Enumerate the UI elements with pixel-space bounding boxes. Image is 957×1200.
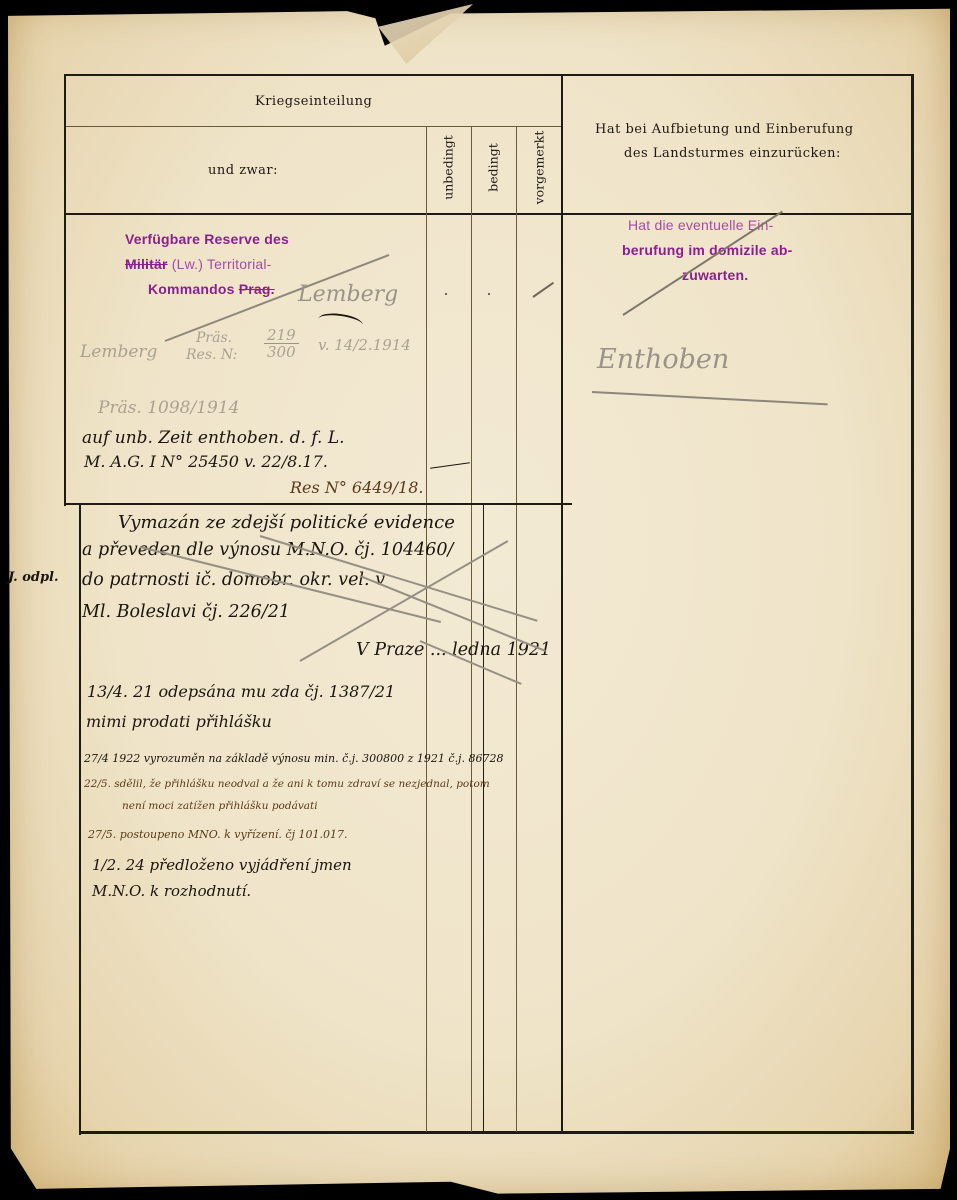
pencil-lemberg: Lemberg [298,282,398,307]
pencil-praes: Präs. [186,330,237,347]
stamp-line-1: Verfügbare Reserve des [125,227,289,252]
column-header-bedingt: bedingt [486,118,501,218]
entry-2: mimi prodati přihlášku [86,712,272,731]
dot-bedingt [488,293,490,295]
entry-5: není moci zatížen přihlášku podávati [122,800,318,812]
czech-signature-line: V Praze ... ledna 1921 [356,640,551,660]
table-left-border [64,74,66,506]
header-right-line2: des Landsturmes einzurücken: [624,146,841,161]
column-divider-bedingt [471,127,472,1132]
table-left-border-lower [79,503,81,1135]
entry-8: M.N.O. k rozhodnutí. [92,882,251,900]
table-bottom-border [80,1131,914,1134]
table-right-border [911,74,914,1130]
ink-note-line1: auf unb. Zeit enthoben. d. f. L. [82,428,345,448]
stamp-right-line1: Hat die eventuelle Ein- [626,213,792,238]
stamp-struck-prag: Prag. [239,281,275,297]
fraction-numerator: 219 [264,327,299,344]
paper-sheet [8,4,950,1196]
ink-note-line2: M. A.G. I N° 25450 v. 22/8.17. [84,452,328,471]
entry-7: 1/2. 24 předloženo vyjádření jmen [92,856,352,874]
fraction-denominator: 300 [267,343,296,361]
stamp-line-3: Kommandos Prag. [125,277,289,302]
entry-4: 22/5. sdělil, že přihlášku neodval a že … [84,778,490,790]
ink-note-line3: Res N° 6449/18. [290,478,423,497]
stamp-territorial: (Lw.) Territorial- [168,256,272,272]
czech-line-4: Ml. Boleslavi čj. 226/21 [82,602,290,622]
czech-line-1: Vymazán ze zdejší politické evidence [118,512,455,533]
column-header-vorgemerkt: vorgemerkt [532,118,547,218]
entry-6: 27/5. postoupeno MNO. k vyřízení. čj 101… [88,828,347,841]
column-divider-unbedingt [426,127,427,1132]
czech-line-3: do patrnosti ič. domobr. okr. vel. v [82,570,385,590]
header-und-zwar: und zwar: [208,163,278,178]
column-inner-dark [483,503,484,1132]
pencil-fraction: 219 300 [264,327,299,360]
entry-3: 27/4 1922 vyrozuměn na základě výnosu mi… [84,752,503,765]
pencil-lemberg-margin: Lemberg [80,342,157,362]
dot-unbedingt [445,293,447,295]
column-header-unbedingt: unbedingt [441,118,456,218]
stamp-kommandos: Kommandos [148,281,239,297]
czech-line-2: a převeden dle výnosu M.N.O. čj. 104460/ [82,540,453,560]
main-column-divider [561,76,563,1132]
left-section-divider [66,503,572,505]
reserve-stamp: Verfügbare Reserve des Militär (Lw.) Ter… [125,227,289,302]
pencil-res-n: Res. N: [186,347,237,364]
entry-1: 13/4. 21 odepsána mu zda čj. 1387/21 [87,682,395,701]
einberufung-stamp: Hat die eventuelle Ein- berufung im domi… [626,213,792,288]
header-kriegseinteilung: Kriegseinteilung [255,94,372,109]
margin-note: J. odpl. [8,570,59,585]
pencil-praes-label: Präs. Res. N: [186,330,237,364]
pencil-ref-date: v. 14/2.1914 [318,336,411,354]
pencil-enthoben: Enthoben [597,344,729,375]
stamp-line-2: Militär (Lw.) Territorial- [125,252,289,277]
pencil-praes-1098: Präs. 1098/1914 [98,398,240,418]
stamp-right-line3: zuwarten. [626,263,792,288]
header-right-line1: Hat bei Aufbietung und Einberufung [595,122,854,137]
stamp-struck-militaer: Militär [125,256,168,272]
table-top-border [64,74,914,76]
column-divider-vorgemerkt [516,127,517,1132]
